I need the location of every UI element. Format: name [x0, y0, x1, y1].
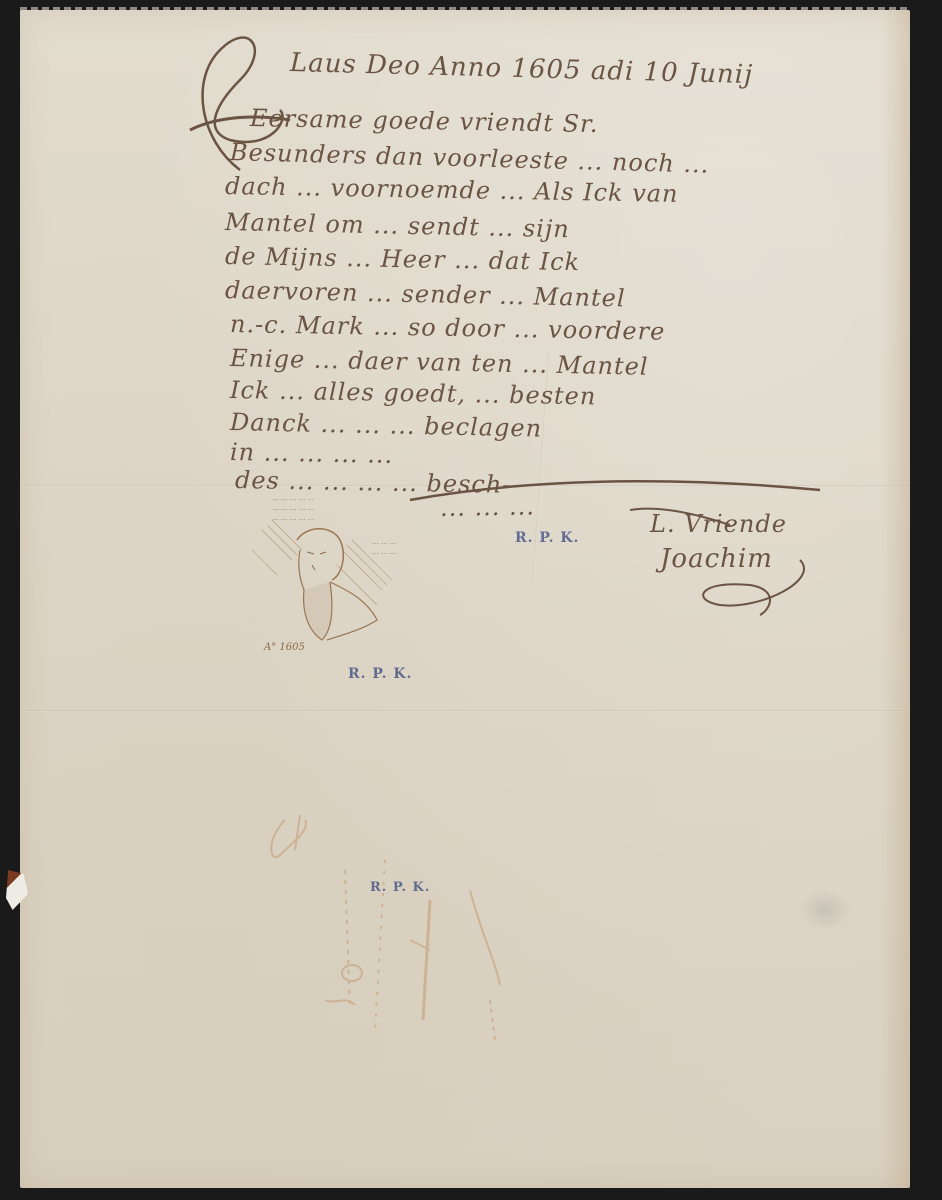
bearded-man-portrait-icon	[252, 520, 392, 650]
fold-line-horizontal	[20, 710, 910, 712]
body-line: Ick ... alles goedt, ... besten	[230, 376, 597, 410]
body-line: Danck ... ... ... beclagen	[230, 408, 543, 443]
rpk-stamp: R. P. K.	[515, 530, 579, 546]
letter-heading: Laus Deo Anno 1605 adi 10 Junij	[290, 48, 754, 90]
body-line: daervoren ... sender ... Mantel	[225, 276, 626, 312]
body-line: Mantel om ... sendt ... sijn	[225, 208, 570, 243]
body-line: in ... ... ... ...	[230, 438, 394, 469]
body-line: Eersame goede vriendt Sr.	[250, 104, 599, 138]
body-line: Enige ... daer van ten ... Mantel	[230, 344, 649, 381]
body-line: de Mijns ... Heer ... dat Ick	[225, 242, 581, 276]
body-line: n.-c. Mark ... so door ... voordere	[230, 310, 666, 346]
paper-smudge	[800, 890, 850, 930]
signature-line-2: Joachim	[660, 544, 773, 574]
sketch-note: ... ... ... ... ...	[272, 504, 314, 512]
body-line: dach ... voornoemde ... Als Ick van	[225, 172, 679, 208]
sketch-note: ... ... ... ... ...	[272, 494, 314, 502]
manuscript-page: Laus Deo Anno 1605 adi 10 Junij Eersame …	[20, 10, 910, 1188]
ink-bleed-through	[255, 810, 535, 1040]
portrait-sketch: ... ... ... ... ... ... ... ... ... ... …	[252, 490, 512, 660]
edge-stain	[880, 10, 910, 1188]
rpk-stamp: R. P. K.	[370, 880, 430, 895]
rpk-stamp: R. P. K.	[348, 666, 412, 682]
signature-line-1: L. Vriende	[650, 510, 787, 538]
sketch-caption: A° 1605	[264, 642, 305, 653]
